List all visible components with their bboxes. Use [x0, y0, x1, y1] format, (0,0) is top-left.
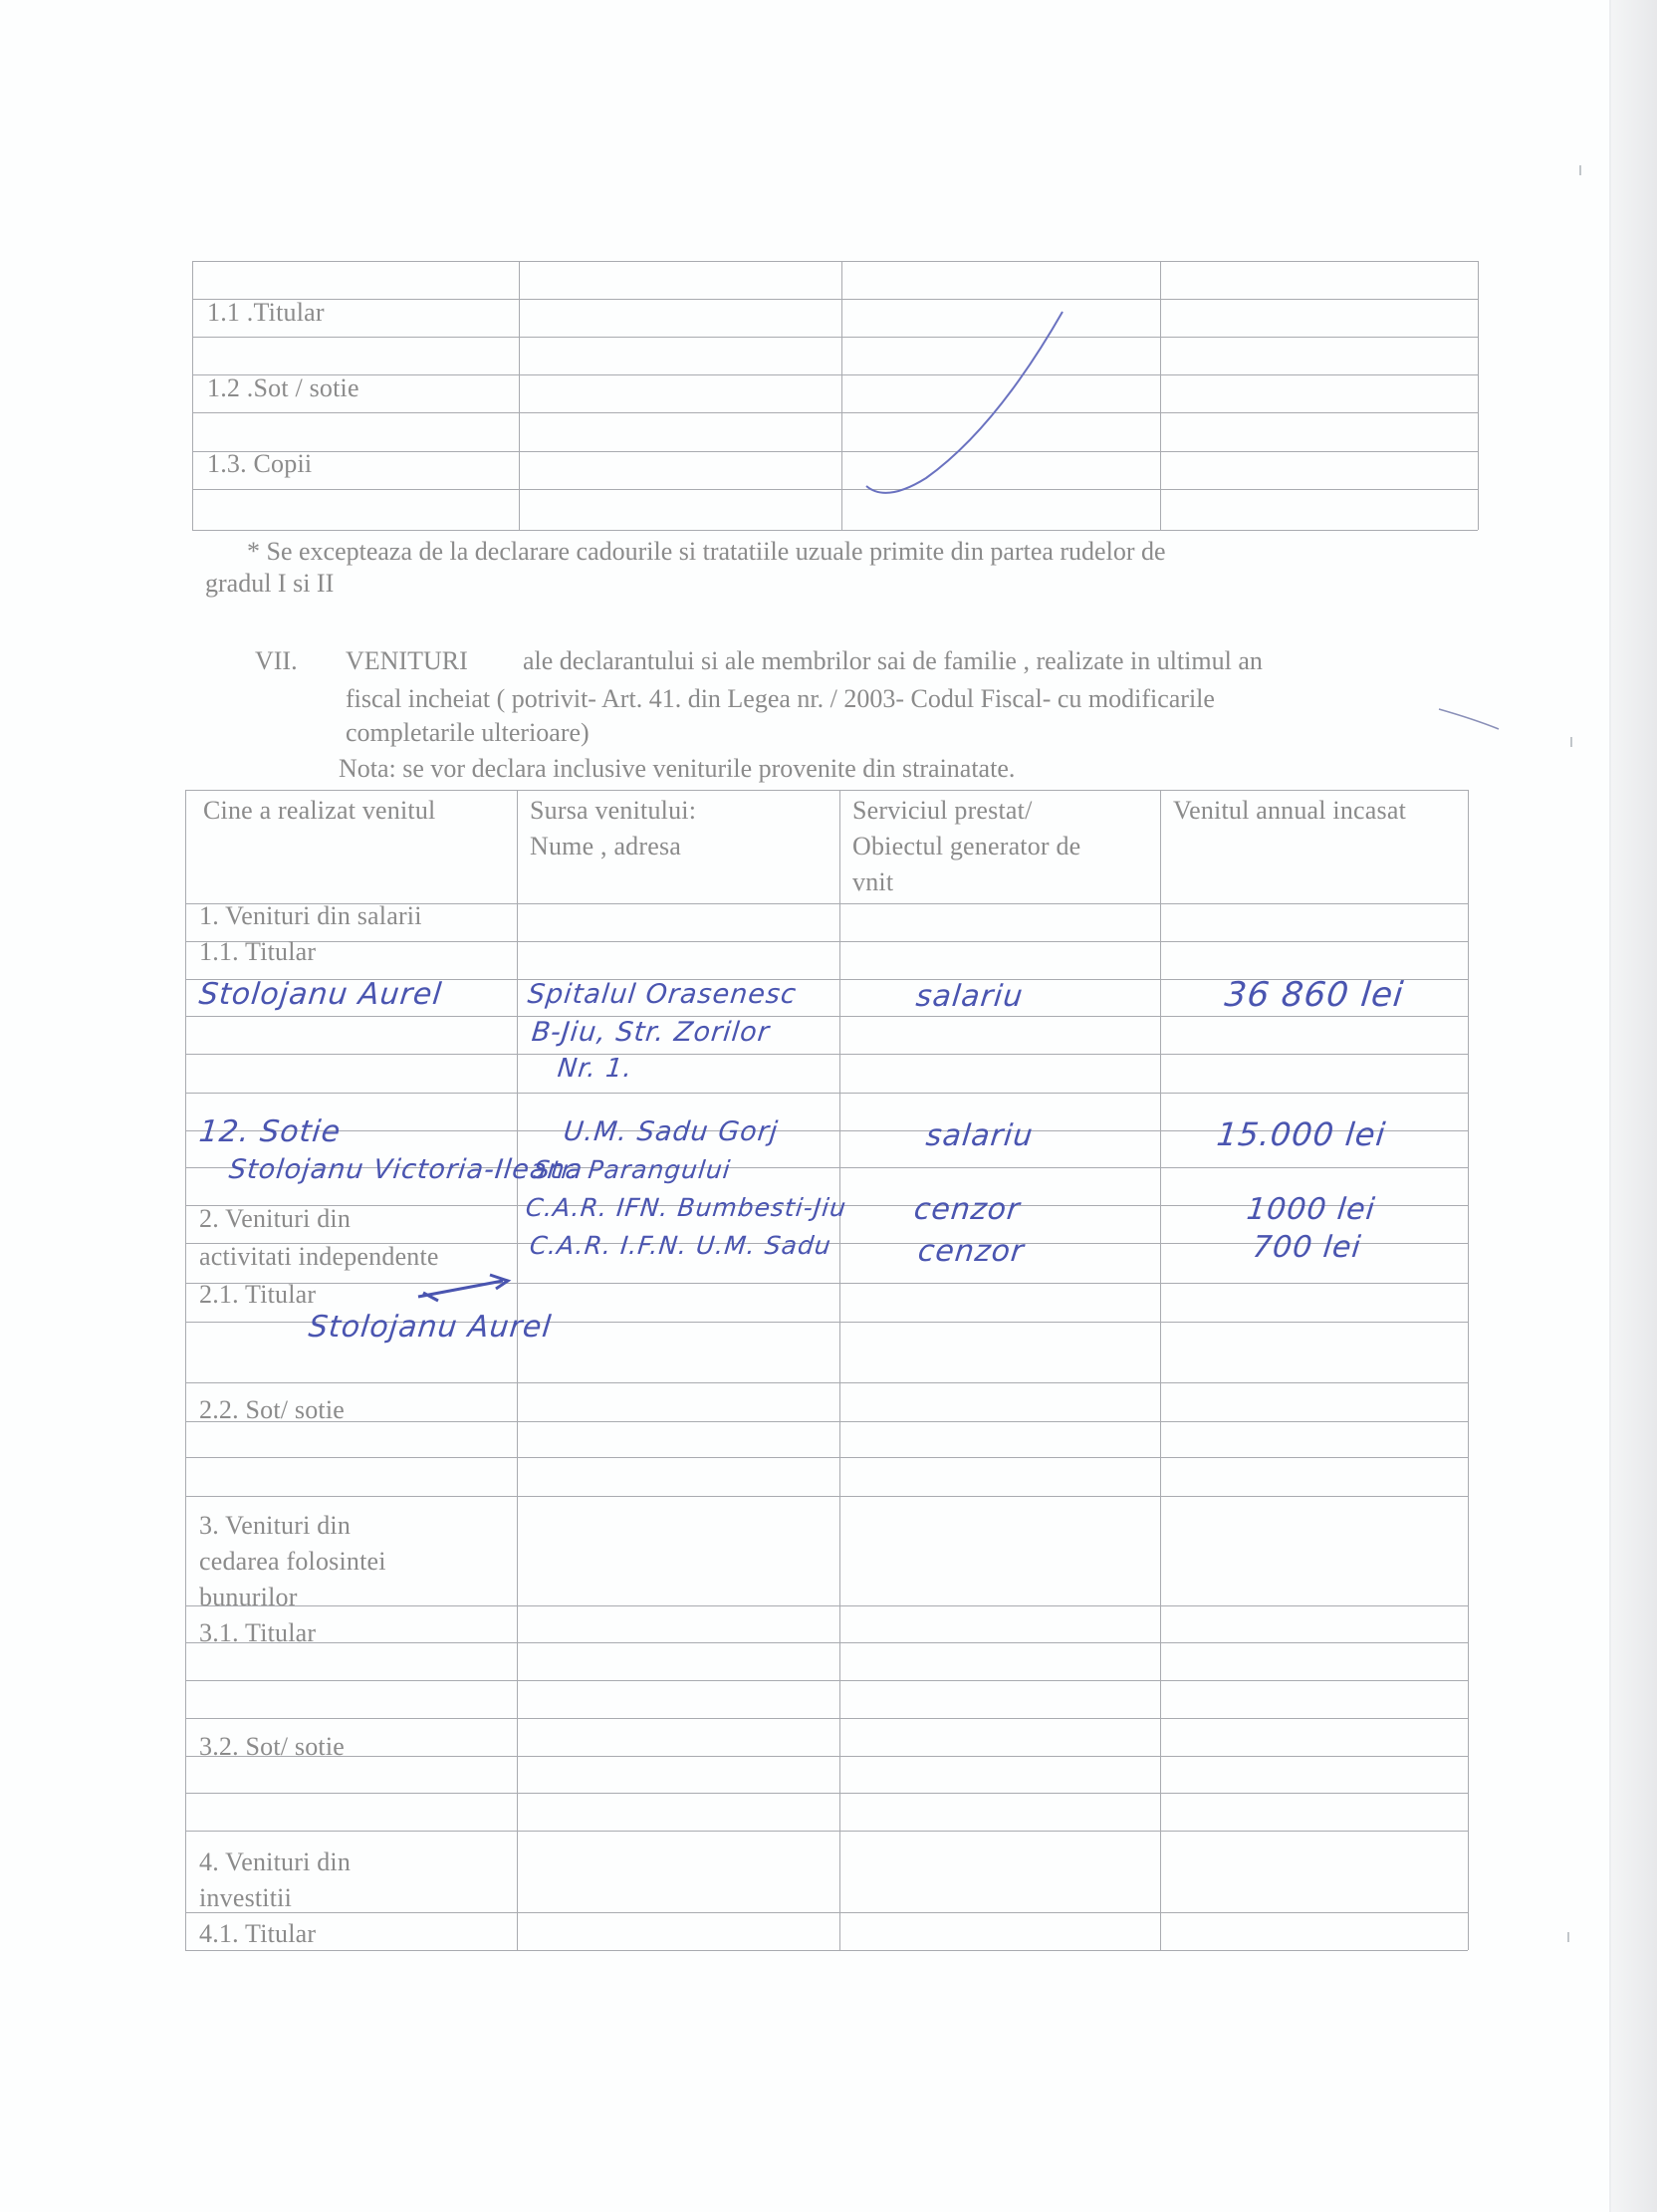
arrow-icon [418, 1275, 508, 1301]
strike-diagonal-icon [866, 312, 1063, 493]
pen-strokes [0, 0, 1657, 2212]
margin-stroke-icon [1439, 709, 1499, 729]
